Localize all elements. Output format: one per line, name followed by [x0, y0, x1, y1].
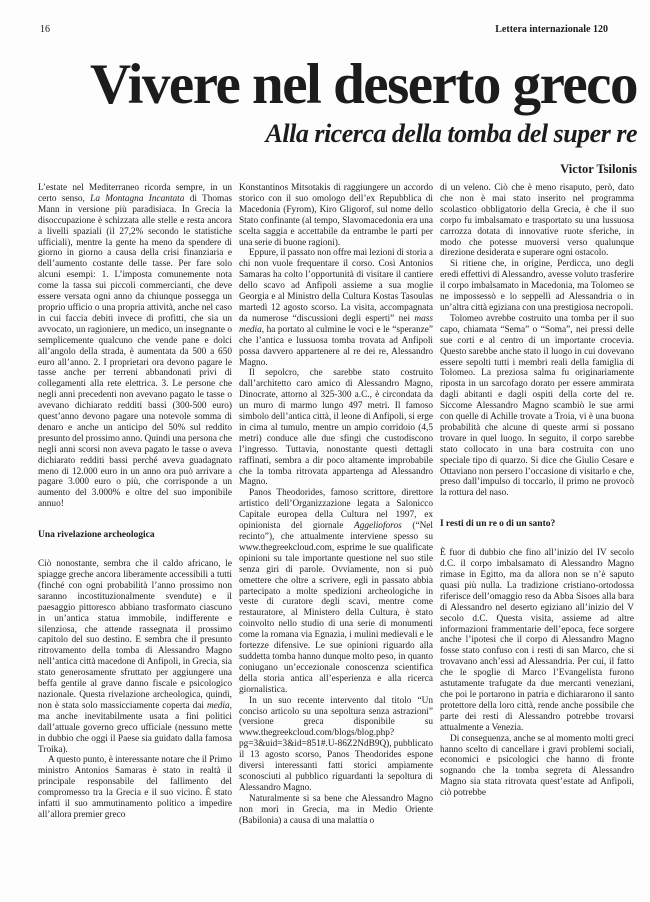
running-header: 16 Lettera internazionale 120: [40, 24, 608, 35]
paragraph: Konstantinos Mitsotakis di raggiungere u…: [239, 183, 433, 248]
paragraph: Naturalmente si sa bene che Alessandro M…: [239, 794, 433, 827]
article-subtitle: Alla ricerca della tomba del super re: [38, 120, 637, 147]
journal-title: Lettera internazionale 120: [495, 24, 608, 35]
text-column-2: Konstantinos Mitsotakis di raggiungere u…: [239, 183, 433, 878]
paragraph: Tolomeo avrebbe costruito una tomba per …: [440, 314, 634, 499]
magazine-page: 16 Lettera internazionale 120 Vivere nel…: [0, 0, 650, 902]
paragraph: L’estate nel Mediterraneo ricorda sempre…: [38, 183, 232, 510]
text-column-1: L’estate nel Mediterraneo ricorda sempre…: [38, 183, 232, 878]
title-block: Vivere nel deserto greco Alla ricerca de…: [38, 56, 637, 177]
text-column-3: di un veleno. Ciò che è meno risaputo, p…: [440, 183, 634, 878]
section-heading: Una rivelazione archeologica: [38, 530, 232, 541]
article-title: Vivere nel deserto greco: [38, 56, 637, 113]
section-heading: I resti di un re o di un santo?: [440, 519, 634, 530]
article-body: L’estate nel Mediterraneo ricorda sempre…: [38, 183, 634, 878]
paragraph: Panos Theodorides, famoso scrittore, dir…: [239, 488, 433, 695]
page-number: 16: [40, 24, 50, 35]
paragraph: Eppure, il passato non offre mai lezioni…: [239, 248, 433, 368]
article-author: Victor Tsilonis: [38, 162, 637, 177]
paragraph: A questo punto, è interessante notare ch…: [38, 755, 232, 820]
paragraph: In un suo recente intervento dal titolo …: [239, 696, 433, 794]
paragraph: Ciò nonostante, sembra che il caldo afri…: [38, 559, 232, 755]
paragraph: Il sepolcro, che sarebbe stato costruito…: [239, 368, 433, 488]
paragraph: Di conseguenza, anche se al momento molt…: [440, 734, 634, 799]
paragraph: di un veleno. Ciò che è meno risaputo, p…: [440, 183, 634, 259]
paragraph: Si ritiene che, in origine, Perdicca, un…: [440, 259, 634, 314]
paragraph: È fuor di dubbio che fino all’inizio del…: [440, 548, 634, 733]
